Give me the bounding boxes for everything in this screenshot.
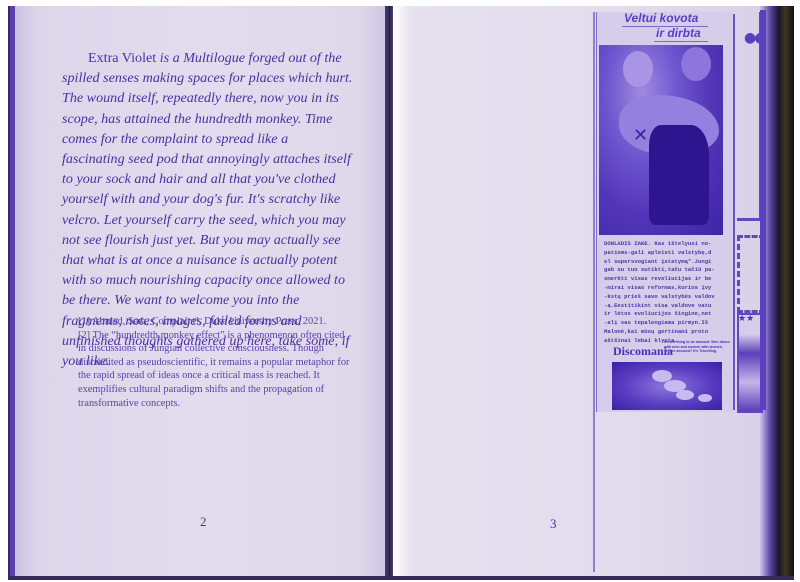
photo-figure-suit [649,125,709,225]
page-number-right: 3 [550,516,557,532]
clipping-edge-strip [760,10,766,410]
typed-line: patioms-gali apleisti valstybę,d [604,249,730,258]
discomania-blurb: It's the thing to be amused. Men dance w… [664,340,730,354]
typed-line: gab su tuo sutikti,taču tačiū pa- [604,266,730,275]
footnote-2: [2] The “hundredth monkey effect” is a p… [78,329,350,411]
discomania-photo [612,362,722,410]
photo-figure-face-2 [681,47,711,81]
typed-line: el supersvogiant įstatymą".Jungi [604,258,730,267]
star-icon: ★★ [738,314,754,324]
clipping-frame [737,12,762,221]
typewritten-text: DONLADIS ZAKE. Kas ištelyusi no- patioms… [604,240,730,346]
clipping-headline-line2: ir dirbta [656,26,701,40]
photo-figure-face [623,51,653,87]
typed-line: -mirai visas reformas,kurios įvy [604,284,730,293]
wrestlers-photo: ✕ [599,45,723,235]
book-spread: Extra Violet is a Multilogue forged out … [0,0,800,582]
typed-line: ir lėtos evoliucijos šingine,net [604,310,730,319]
typed-line: -alį sas tepalengiama pirmyn.Iš [604,319,730,328]
photo-shape [698,394,712,402]
typed-line: DONLADIS ZAKE. Kas ištelyusi no- [604,240,730,249]
clipping-tape-edge [593,12,595,572]
headline-underline-2 [654,41,708,42]
typed-line: -kstų prieš savo valstybės valdov [604,293,730,302]
typed-line: -ą.Eestitikint visa valdove vatu [604,302,730,311]
clipping-headline-line1: Veltui kovota [624,11,698,25]
typed-line: smerkti visas revoliucijas ir be [604,275,730,284]
intro-lead-title: Extra Violet [88,50,156,66]
footnote-1: [1] Ahmed, Sara, Complaint!, Duke Univer… [78,315,350,329]
clipping-column-rule [733,14,735,410]
page-number-left: 2 [200,514,207,530]
footnotes: [1] Ahmed, Sara, Complaint!, Duke Univer… [78,315,350,410]
x-mark-icon: ✕ [633,125,648,146]
typed-line: Malonė,kai mūsų gertinami proto [604,328,730,337]
photo-shape [676,390,694,400]
